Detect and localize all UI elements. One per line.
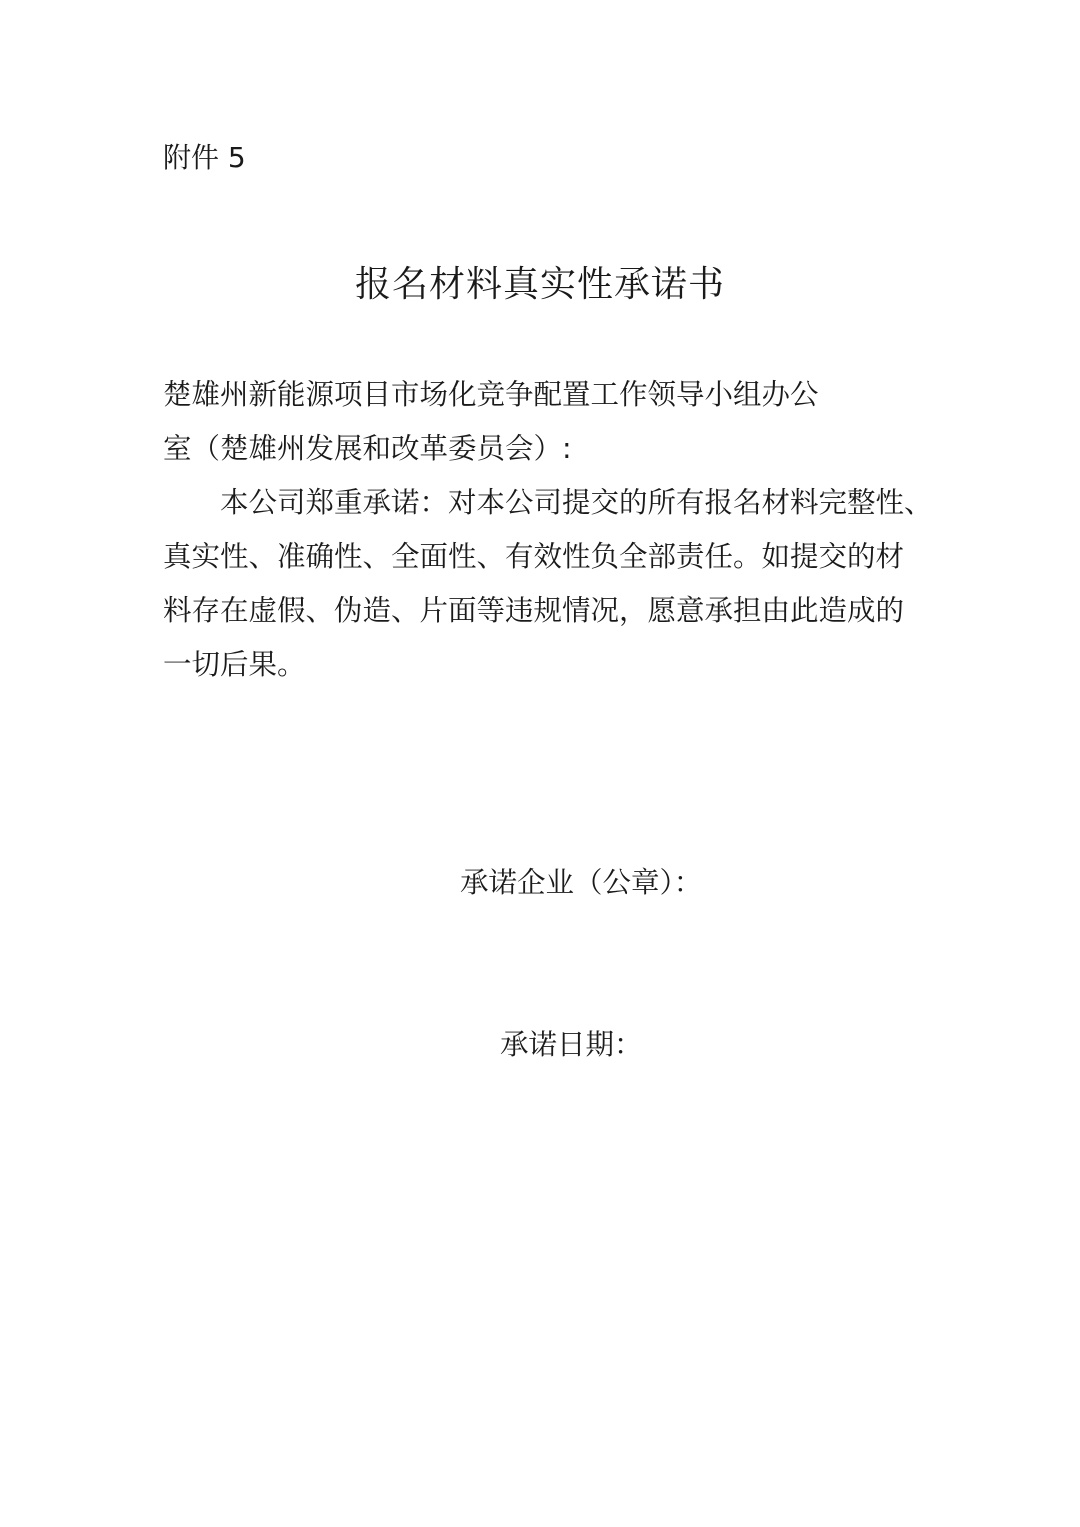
company-seal-label: 承诺企业（公章）： [460, 865, 702, 901]
addressee-line-2: 室（楚雄州发展和改革委员会）: [163, 431, 572, 467]
document-title: 报名材料真实性承诺书 [0, 262, 1080, 308]
commitment-date-label: 承诺日期： [500, 1027, 643, 1063]
body-line-4: 一切后果。 [163, 647, 306, 683]
body-line-1: 本公司郑重承诺：对本公司提交的所有报名材料完整性、 [220, 485, 933, 521]
body-line-2: 真实性、准确性、全面性、有效性负全部责任。如提交的材 [163, 539, 904, 575]
addressee-line-1: 楚雄州新能源项目市场化竞争配置工作领导小组办公 [163, 377, 819, 413]
attachment-label: 附件 5 [163, 140, 246, 176]
body-line-3: 料存在虚假、伪造、片面等违规情况，愿意承担由此造成的 [163, 593, 904, 629]
